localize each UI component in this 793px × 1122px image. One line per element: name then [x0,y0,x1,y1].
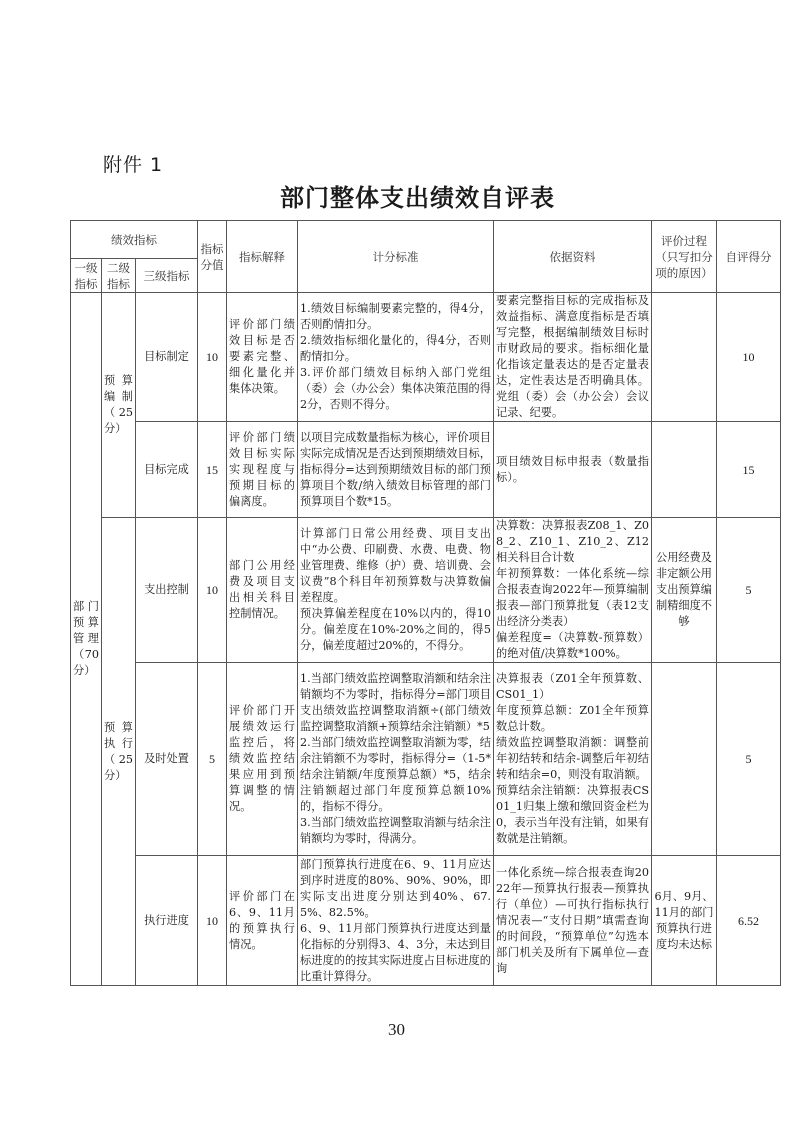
basis-cell: 要素完整指目标的完成指标及效益指标、满意度指标是否填写完整，根据编制绩效目标时市… [494,293,652,422]
attachment-label: 附件 1 [103,150,163,177]
basis-cell: 决算报表（Z01全年预算数、CS01_1） 年度预算总额：Z01全年预算数总计数… [494,663,652,856]
weight-cell: 5 [198,663,227,856]
table-row: 预算执行（25分） 支出控制 10 部门公用经费及项目支出相关科目控制情况。 计… [71,518,781,663]
table-row: 部门预算管理（70分） 预算编制（25分） 目标制定 10 评价部门绩效目标是否… [71,293,781,422]
header-level3: 三级指标 [136,259,198,293]
score-cell: 15 [717,422,781,518]
scoring-cell: 1.绩效目标编制要素完整的，得4分，否则酌情扣分。 2.绩效指标细化量化的，得4… [298,293,494,422]
explanation-cell: 评价部门开展绩效运行监控后，将绩效监控结果应用到预算调整的情况。 [227,663,298,856]
scoring-cell: 1.当部门绩效监控调整取消额和结余注销额均不为零时，指标得分=部门项目支出绩效监… [298,663,494,856]
explanation-cell: 评价部门绩效目标实际实现程度与预期目标的偏离度。 [227,422,298,518]
scoring-cell: 以项目完成数量指标为核心，评价项目实际完成情况是否达到预期绩效目标，指标得分=达… [298,422,494,518]
scoring-cell: 计算部门日常公用经费、项目支出中“办公费、印刷费、水费、电费、物业管理费、维修（… [298,518,494,663]
scoring-cell: 部门预算执行进度在6、9、11月应达到序时进度的80%、90%、90%，即实际支… [298,856,494,986]
weight-cell: 10 [198,518,227,663]
performance-self-evaluation-table: 绩效指标 指标分值 指标解释 计分标准 依据资料 评价过程（只写扣分项的原因） … [70,220,781,986]
header-indicators: 绩效指标 [71,221,198,259]
header-score: 自评得分 [717,221,781,293]
table-row: 及时处置 5 评价部门开展绩效运行监控后，将绩效监控结果应用到预算调整的情况。 … [71,663,781,856]
basis-cell: 项目绩效目标申报表（数量指标）。 [494,422,652,518]
header-weight: 指标分值 [198,221,227,293]
score-cell: 6.52 [717,856,781,986]
level3-cell: 支出控制 [136,518,198,663]
weight-cell: 10 [198,856,227,986]
process-cell [652,663,717,856]
level2-cell: 预算编制（25分） [102,293,136,518]
explanation-cell: 评价部门绩效目标是否要素完整、细化量化并集体决策。 [227,293,298,422]
level3-cell: 目标完成 [136,422,198,518]
level3-cell: 目标制定 [136,293,198,422]
page-number: 30 [0,1020,793,1040]
process-cell [652,422,717,518]
level3-cell: 执行进度 [136,856,198,986]
header-level1: 一级指标 [71,259,102,293]
basis-cell: 一体化系统—综合报表查询2022年—预算执行报表—预算执行（单位）—可执行指标执… [494,856,652,986]
page-title: 部门整体支出绩效自评表 [0,178,793,213]
process-cell: 公用经费及非定额公用支出预算编制精细度不够 [652,518,717,663]
score-cell: 10 [717,293,781,422]
level1-cell: 部门预算管理（70分） [71,293,102,986]
process-cell [652,293,717,422]
basis-cell: 决算数：决算报表Z08_1、Z08_2、Z10_1、Z10_2、Z12相关科目合… [494,518,652,663]
level3-cell: 及时处置 [136,663,198,856]
table-row: 执行进度 10 评价部门在6、9、11月的预算执行情况。 部门预算执行进度在6、… [71,856,781,986]
explanation-cell: 评价部门在6、9、11月的预算执行情况。 [227,856,298,986]
weight-cell: 10 [198,293,227,422]
table-row: 目标完成 15 评价部门绩效目标实际实现程度与预期目标的偏离度。 以项目完成数量… [71,422,781,518]
header-scoring: 计分标准 [298,221,494,293]
level2-cell: 预算执行（25分） [102,518,136,986]
explanation-cell: 部门公用经费及项目支出相关科目控制情况。 [227,518,298,663]
header-basis: 依据资料 [494,221,652,293]
score-cell: 5 [717,518,781,663]
score-cell: 5 [717,663,781,856]
header-process: 评价过程（只写扣分项的原因） [652,221,717,293]
process-cell: 6月、9月、11月的部门预算执行进度均未达标 [652,856,717,986]
weight-cell: 15 [198,422,227,518]
header-level2: 二级指标 [102,259,136,293]
header-explanation: 指标解释 [227,221,298,293]
